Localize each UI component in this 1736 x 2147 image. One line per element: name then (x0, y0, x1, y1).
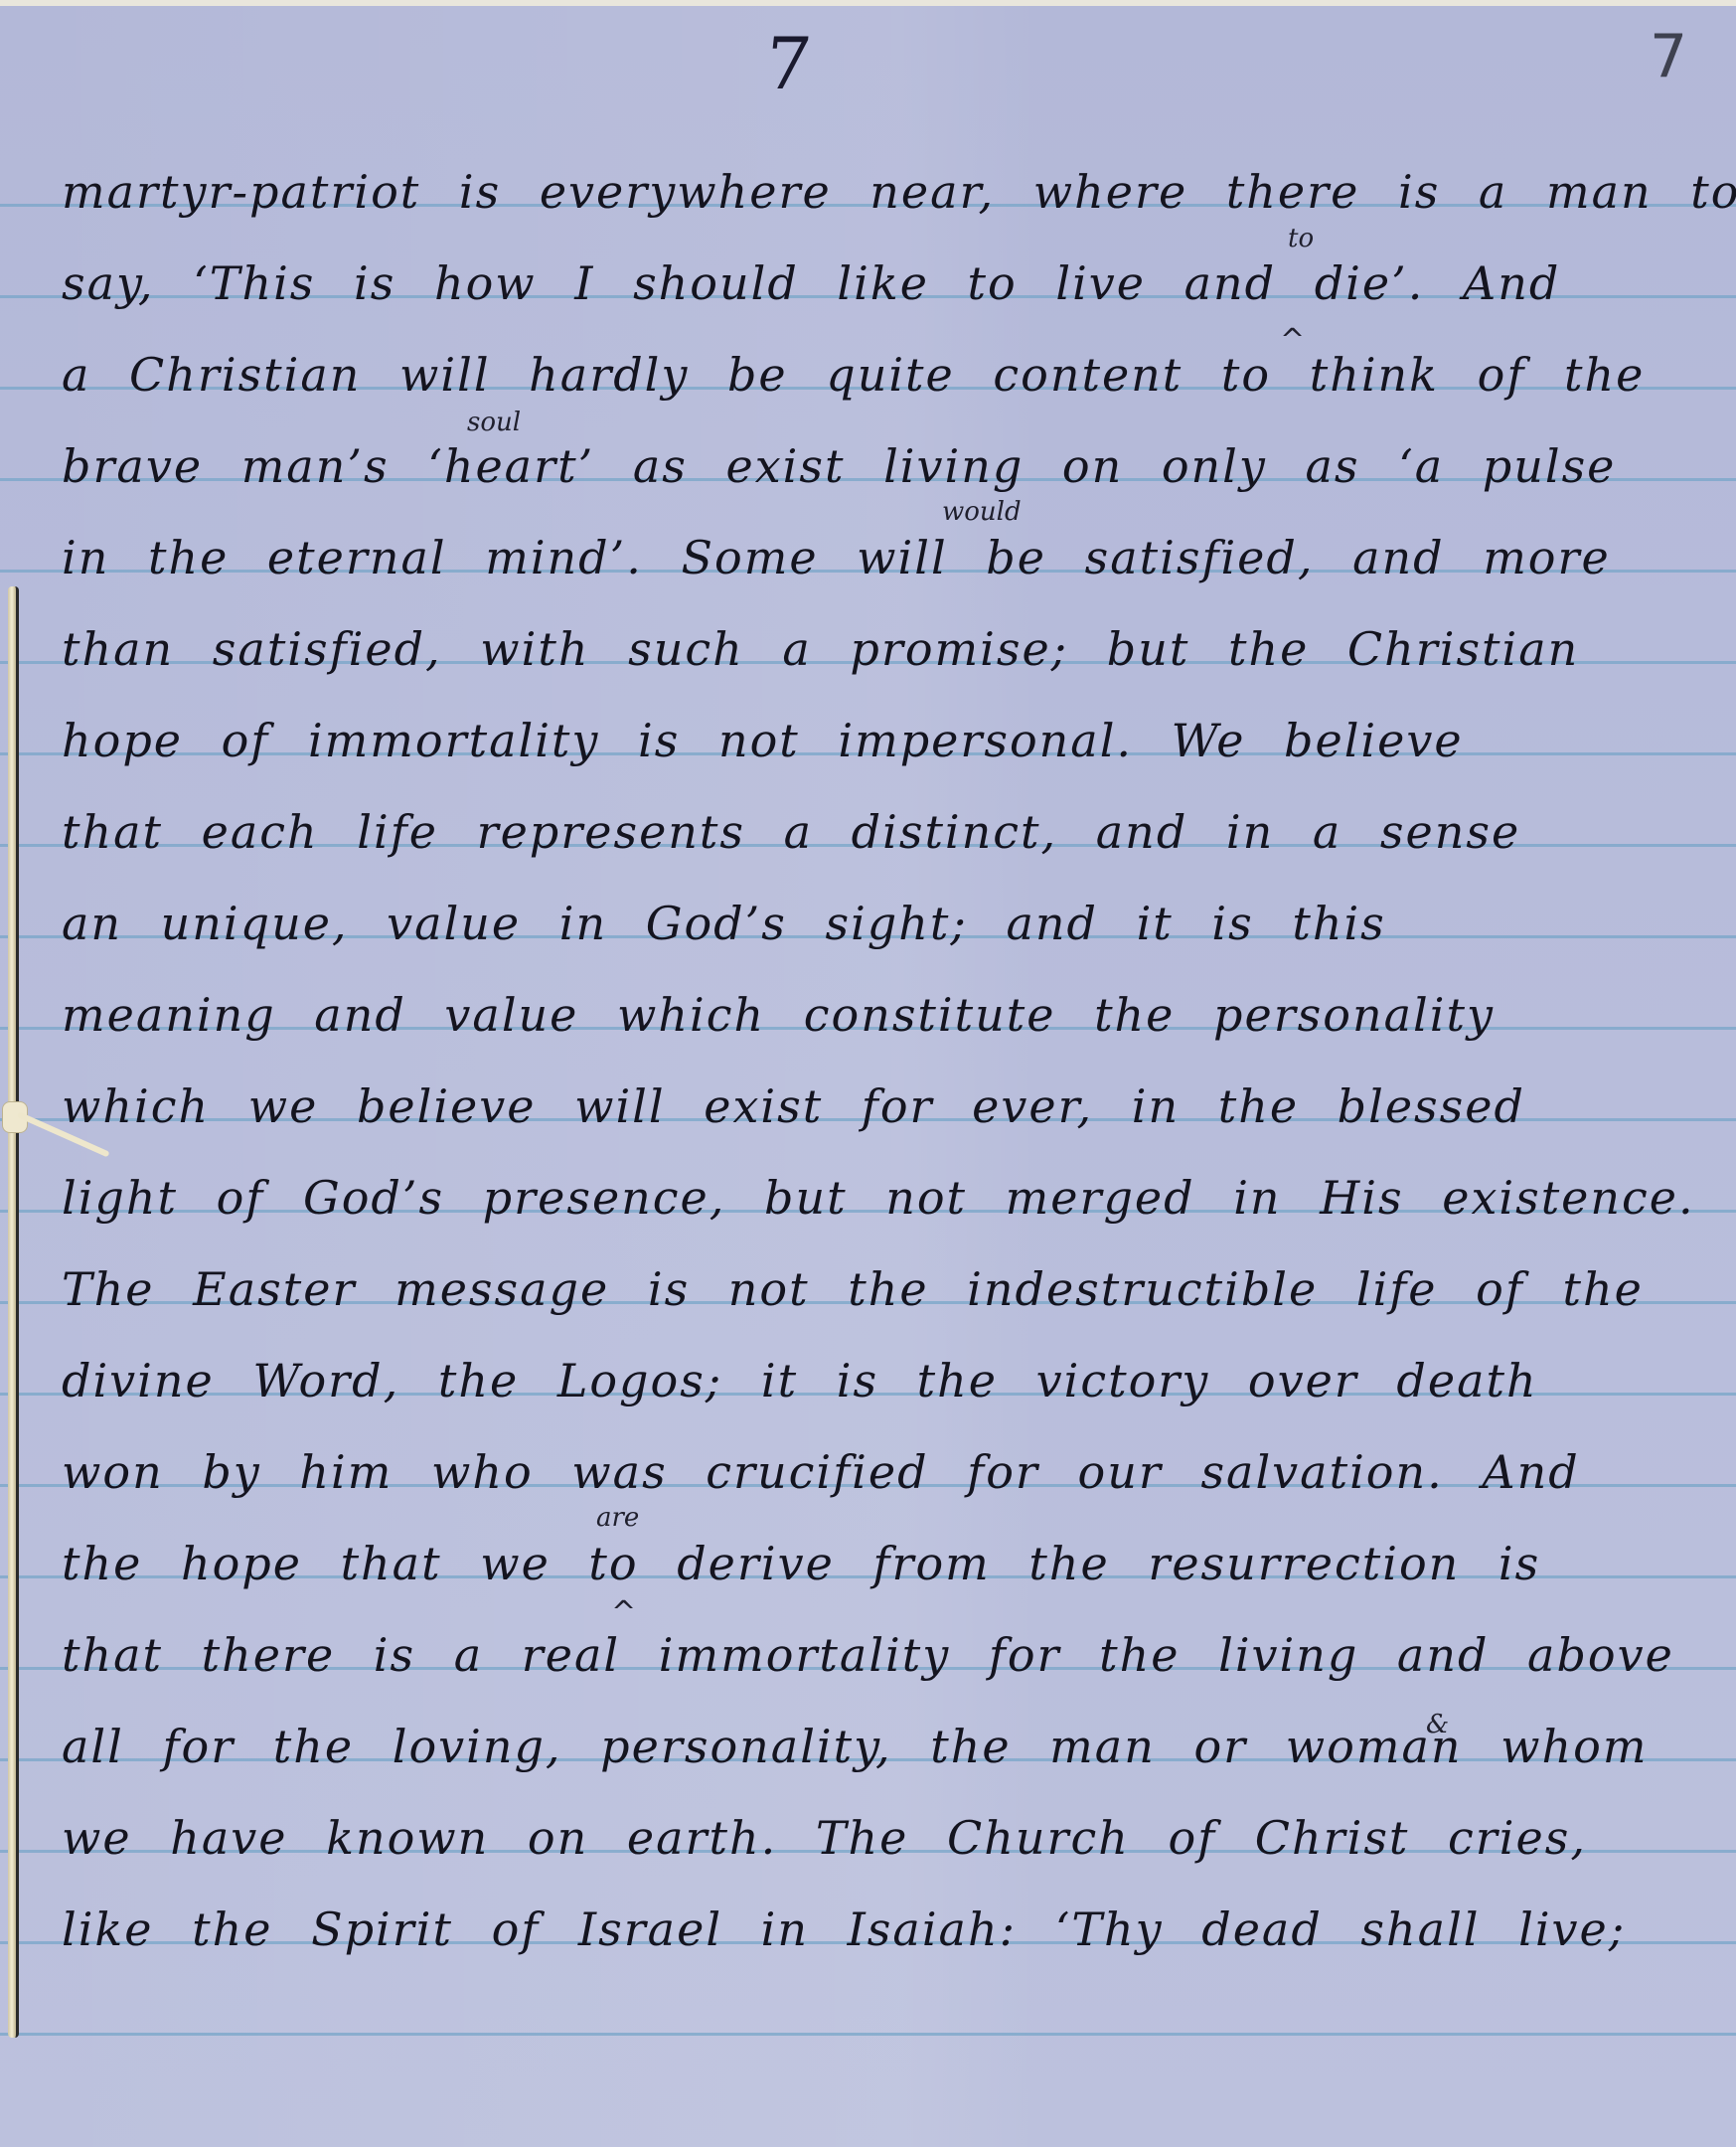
insertion-are: are (596, 1503, 639, 1533)
insertion-caret-2: ^ (611, 1595, 636, 1630)
manuscript-page: 7 7 martyr-patriot is everywhere near, w… (0, 0, 1736, 2147)
text-line-20: like the Spirit of Israel in Isaiah: ‘Th… (62, 1906, 1691, 1952)
text-line-14: divine Word, the Logos; it is the victor… (62, 1358, 1691, 1404)
text-line-13: The Easter message is not the indestruct… (62, 1266, 1691, 1312)
text-line-15: won by him who was crucified for our sal… (62, 1449, 1691, 1495)
page-number-corner: 7 (1650, 22, 1687, 91)
text-line-6: than satisfied, with such a promise; but… (62, 626, 1691, 672)
text-line-4: brave man’s ‘heart’ as exist living on o… (62, 443, 1691, 489)
insertion-would: would (942, 497, 1022, 527)
text-line-5: in the eternal mind’. Some will be satis… (62, 535, 1691, 580)
insertion-ampersand: & (1426, 1710, 1449, 1739)
insertion-soul: soul (467, 408, 521, 437)
text-line-19: we have known on earth. The Church of Ch… (62, 1815, 1691, 1861)
text-line-17: that there is a real immortality for the… (62, 1632, 1691, 1678)
text-line-7: hope of immortality is not impersonal. W… (62, 718, 1691, 763)
text-line-8: that each life represents a distinct, an… (62, 809, 1691, 855)
line-4-text: brave man’s ‘heart’ as exist living on o… (62, 439, 1616, 493)
text-line-11: which we believe will exist for ever, in… (62, 1083, 1691, 1129)
insertion-caret: ^ (1280, 323, 1305, 358)
insertion-to: to (1288, 224, 1314, 253)
text-line-9: an unique, value in God’s sight; and it … (62, 901, 1691, 946)
binding-thread (8, 586, 19, 2038)
text-line-1: martyr-patriot is everywhere near, where… (62, 169, 1691, 215)
text-line-2: say, ‘This is how I should like to live … (62, 260, 1691, 306)
text-line-12: light of God’s presence, but not merged … (62, 1175, 1691, 1221)
text-line-16: the hope that we to derive from the resu… (62, 1541, 1691, 1586)
page-number-center: 7 (761, 22, 816, 105)
text-line-10: meaning and value which constitute the p… (62, 992, 1691, 1038)
text-line-3: a Christian will hardly be quite content… (62, 352, 1691, 398)
rule-line (0, 2033, 1736, 2036)
